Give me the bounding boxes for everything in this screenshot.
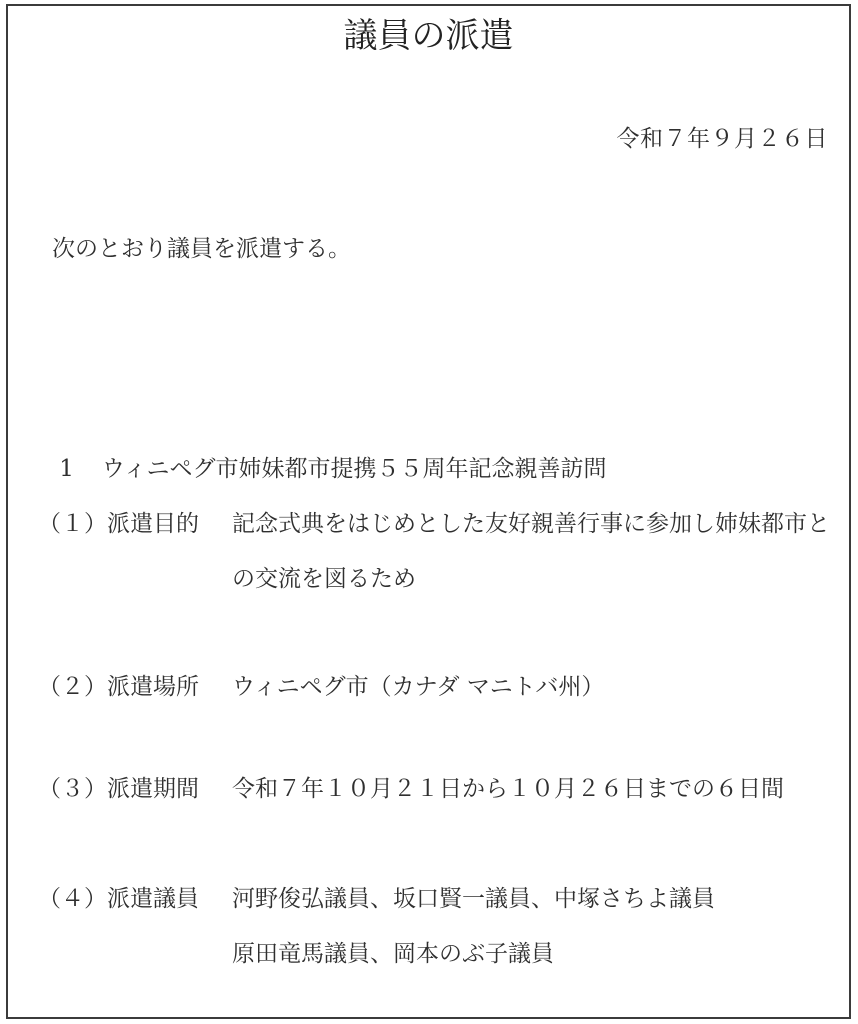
- item-3-label: （３）派遣期間: [38, 762, 199, 817]
- item-3-line-1: 令和７年１０月２１日から１０月２６日までの６日間: [232, 762, 784, 817]
- intro-sentence: 次のとおり議員を派遣する。: [52, 222, 351, 277]
- item-1-line-2: の交流を図るため: [232, 552, 416, 607]
- item-2-label: （２）派遣場所: [38, 660, 199, 715]
- item-2-line-1: ウィニペグ市（カナダ マニトバ州）: [232, 660, 604, 715]
- document-date: 令和７年９月２６日: [617, 112, 829, 167]
- section-title: ウィニペグ市姉妹都市提携５５周年記念親善訪問: [102, 442, 607, 497]
- section-number: 1: [59, 442, 74, 497]
- item-1-line-1: 記念式典をはじめとした友好親善行事に参加し姉妹都市と: [232, 497, 830, 552]
- document-page: 議員の派遣 令和７年９月２６日 次のとおり議員を派遣する。 1ウィニペグ市姉妹都…: [6, 4, 851, 1019]
- item-4-line-2: 原田竜馬議員、岡本のぶ子議員: [232, 927, 554, 982]
- item-4-label: （４）派遣議員: [38, 872, 199, 927]
- document-title: 議員の派遣: [8, 6, 849, 66]
- item-1-label: （１）派遣目的: [38, 497, 199, 552]
- section-heading: 1ウィニペグ市姉妹都市提携５５周年記念親善訪問: [30, 387, 607, 442]
- item-4-line-1: 河野俊弘議員、坂口賢一議員、中塚さちよ議員: [232, 872, 715, 927]
